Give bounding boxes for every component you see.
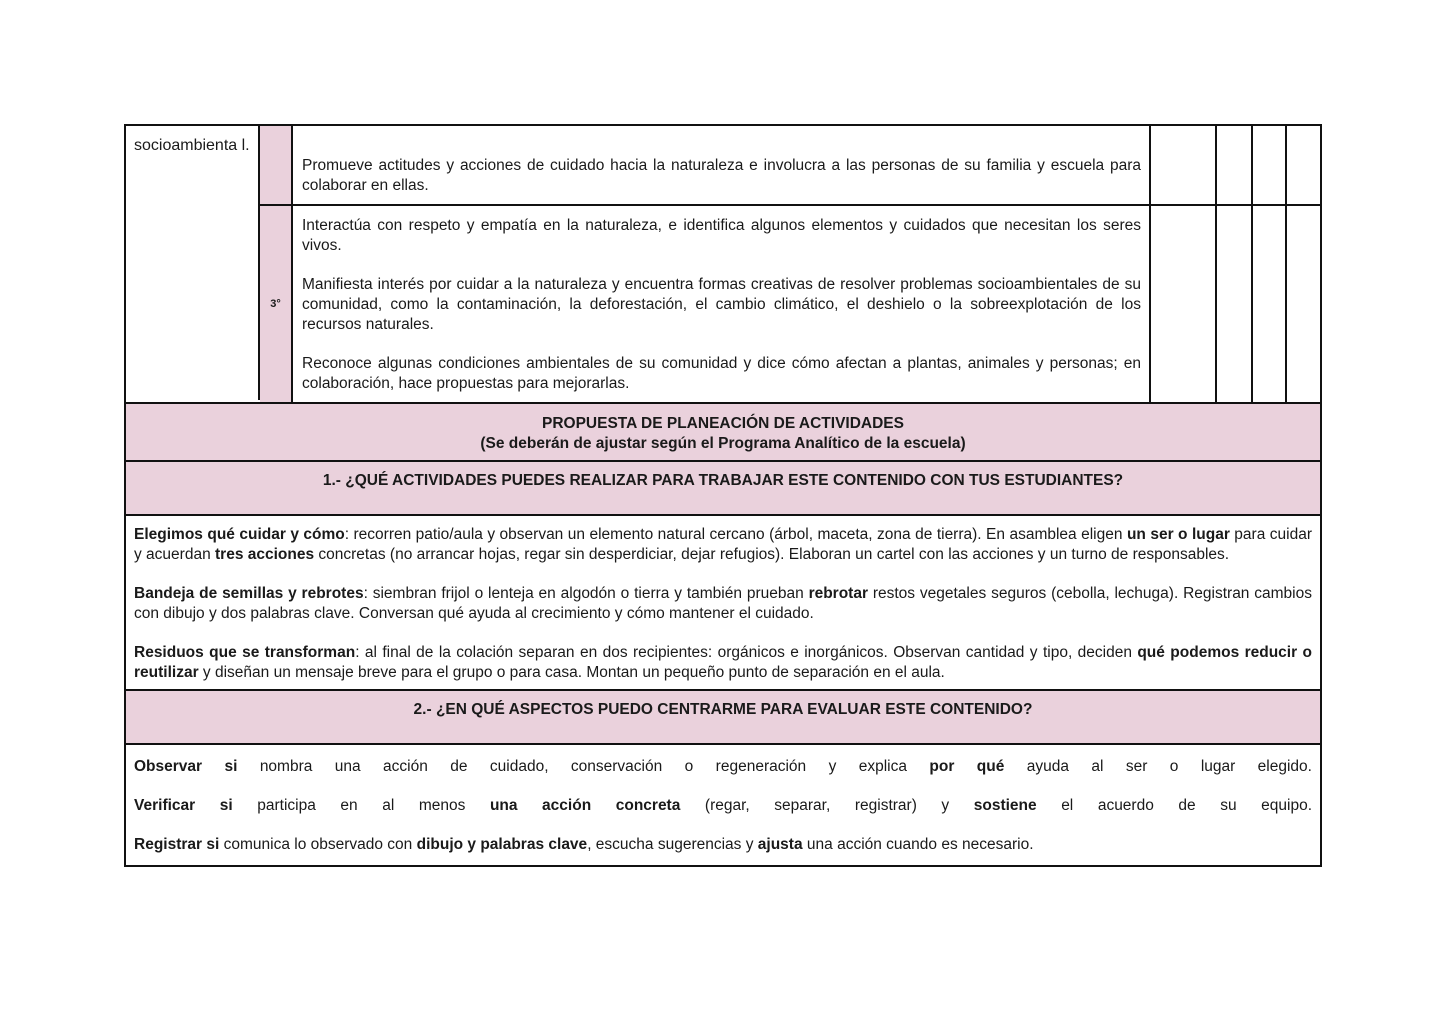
outcome-row-1: Promueve actitudes y acciones de cuidado… (126, 126, 1320, 206)
evaluation-item: Registrar si comunica lo observado con d… (134, 835, 1312, 855)
outcome-paragraph: Manifiesta interés por cuidar a la natur… (302, 275, 1141, 335)
activity-emphasis: rebrotar (809, 585, 868, 602)
activities-heading: 1.- ¿QUÉ ACTIVIDADES PUEDES REALIZAR PAR… (126, 462, 1320, 516)
activity-item: Bandeja de semillas y rebrotes: siembran… (134, 584, 1312, 624)
evaluation-cell (1151, 206, 1217, 402)
planning-subtitle: (Se deberán de ajustar según el Programa… (126, 434, 1320, 454)
activity-emphasis: un ser o lugar (1127, 526, 1230, 543)
outcome-text-cell: Promueve actitudes y acciones de cuidado… (293, 126, 1151, 204)
evaluation-lead: Registrar si (134, 836, 219, 853)
evaluation-text: el acuerdo de su equipo. (1037, 797, 1312, 814)
evaluation-text: (regar, separar, registrar) y (680, 797, 973, 814)
outcome-row-2: 3° Interactúa con respeto y empatía en l… (126, 206, 1320, 404)
evaluation-cell (1217, 126, 1253, 204)
outcome-paragraph: Reconoce algunas condiciones ambientales… (302, 354, 1141, 394)
activity-title: Bandeja de semillas y rebrotes (134, 585, 364, 602)
activity-title: Residuos que se transforman (134, 644, 355, 661)
evaluation-item: Observar si nombra una acción de cuidado… (134, 757, 1312, 777)
outcome-paragraph: Interactúa con respeto y empatía en la n… (302, 216, 1141, 256)
evaluation-text: participa en al menos (233, 797, 490, 814)
evaluation-heading: 2.- ¿EN QUÉ ASPECTOS PUEDO CENTRARME PAR… (126, 691, 1320, 745)
activity-title: Elegimos qué cuidar y cómo (134, 526, 345, 543)
evaluation-item: Verificar si participa en al menos una a… (134, 796, 1312, 816)
evaluation-emphasis: sostiene (974, 797, 1037, 814)
outcome-text-cell: Interactúa con respeto y empatía en la n… (293, 206, 1151, 402)
activity-text: : recorren patio/aula y observan un elem… (345, 526, 1127, 543)
activity-emphasis: tres acciones (215, 546, 314, 563)
grade-cell (260, 126, 293, 204)
activity-text: concretas (no arrancar hojas, regar sin … (314, 546, 1229, 563)
planning-table: socioambienta l. Promueve actitudes y ac… (124, 124, 1322, 867)
evaluation-cell (1253, 126, 1287, 204)
activity-item: Residuos que se transforman: al final de… (134, 643, 1312, 683)
evaluation-lead: Verificar si (134, 797, 233, 814)
evaluation-emphasis: dibujo y palabras clave (417, 836, 588, 853)
outcome-text: Promueve actitudes y acciones de cuidado… (302, 156, 1141, 196)
evaluation-list: Observar si nombra una acción de cuidado… (126, 745, 1320, 865)
evaluation-lead: Observar si (134, 758, 237, 775)
evaluation-text: , escucha sugerencias y (587, 836, 758, 853)
planning-banner: PROPUESTA DE PLANEACIÓN DE ACTIVIDADES (… (126, 404, 1320, 462)
evaluation-emphasis: ajusta (758, 836, 803, 853)
learning-outcomes-section: socioambienta l. Promueve actitudes y ac… (126, 126, 1320, 404)
evaluation-emphasis: por qué (929, 758, 1004, 775)
evaluation-cell (1287, 126, 1322, 204)
activity-text: : siembran frijol o lenteja en algodón o… (364, 585, 809, 602)
activity-text: y diseñan un mensaje breve para el grupo… (199, 664, 945, 681)
evaluation-cell (1151, 126, 1217, 204)
evaluation-emphasis: una acción concreta (490, 797, 680, 814)
planning-title: PROPUESTA DE PLANEACIÓN DE ACTIVIDADES (126, 414, 1320, 434)
evaluation-cell (1253, 206, 1287, 402)
grade-label: 3° (270, 298, 281, 310)
evaluation-text: ayuda al ser o lugar elegido. (1004, 758, 1312, 775)
evaluation-text: nombra una acción de cuidado, conservaci… (237, 758, 929, 775)
grade-cell: 3° (260, 206, 293, 402)
activities-list: Elegimos qué cuidar y cómo: recorren pat… (126, 516, 1320, 691)
evaluation-cell (1217, 206, 1253, 402)
evaluation-text: una acción cuando es necesario. (803, 836, 1034, 853)
activity-item: Elegimos qué cuidar y cómo: recorren pat… (134, 525, 1312, 565)
evaluation-text: comunica lo observado con (219, 836, 416, 853)
evaluation-cell (1287, 206, 1322, 402)
area-label: socioambienta l. (126, 126, 260, 400)
activity-text: : al final de la colación separan en dos… (355, 644, 1137, 661)
